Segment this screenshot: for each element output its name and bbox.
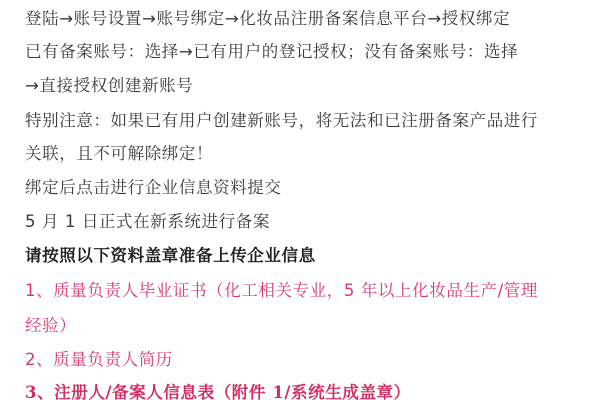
requirement-item-2: 2、质量负责人简历 [25, 349, 173, 371]
instruction-line-new-account: →直接授权创建新账号 [25, 75, 193, 97]
instruction-line-existing-account: 已有备案账号：选择→已有用户的登记授权；没有备案账号：选择 [25, 41, 518, 63]
requirement-item-1: 1、质量负责人毕业证书（化工相关专业，5 年以上化妆品生产/管理 [25, 280, 538, 302]
requirement-item-3: 3、注册人/备案人信息表（附件 1/系统生成盖章） [25, 382, 411, 400]
warning-line: 特别注意：如果已有用户创建新账号，将无法和已注册备案产品进行 [25, 110, 538, 132]
start-date-line: 5 月 1 日正式在新系统进行备案 [25, 211, 270, 233]
requirement-item-1-continued: 经验） [25, 315, 76, 337]
section-heading: 请按照以下资料盖章准备上传企业信息 [25, 245, 316, 267]
document-body: 登陆→账号设置→账号绑定→化妆品注册备案信息平台→授权绑定 已有备案账号：选择→… [0, 0, 600, 400]
warning-line-continued: 关联，且不可解除绑定！ [25, 143, 213, 165]
submit-instruction-line: 绑定后点击进行企业信息资料提交 [25, 177, 282, 199]
instruction-line-login-path: 登陆→账号设置→账号绑定→化妆品注册备案信息平台→授权绑定 [25, 8, 510, 30]
